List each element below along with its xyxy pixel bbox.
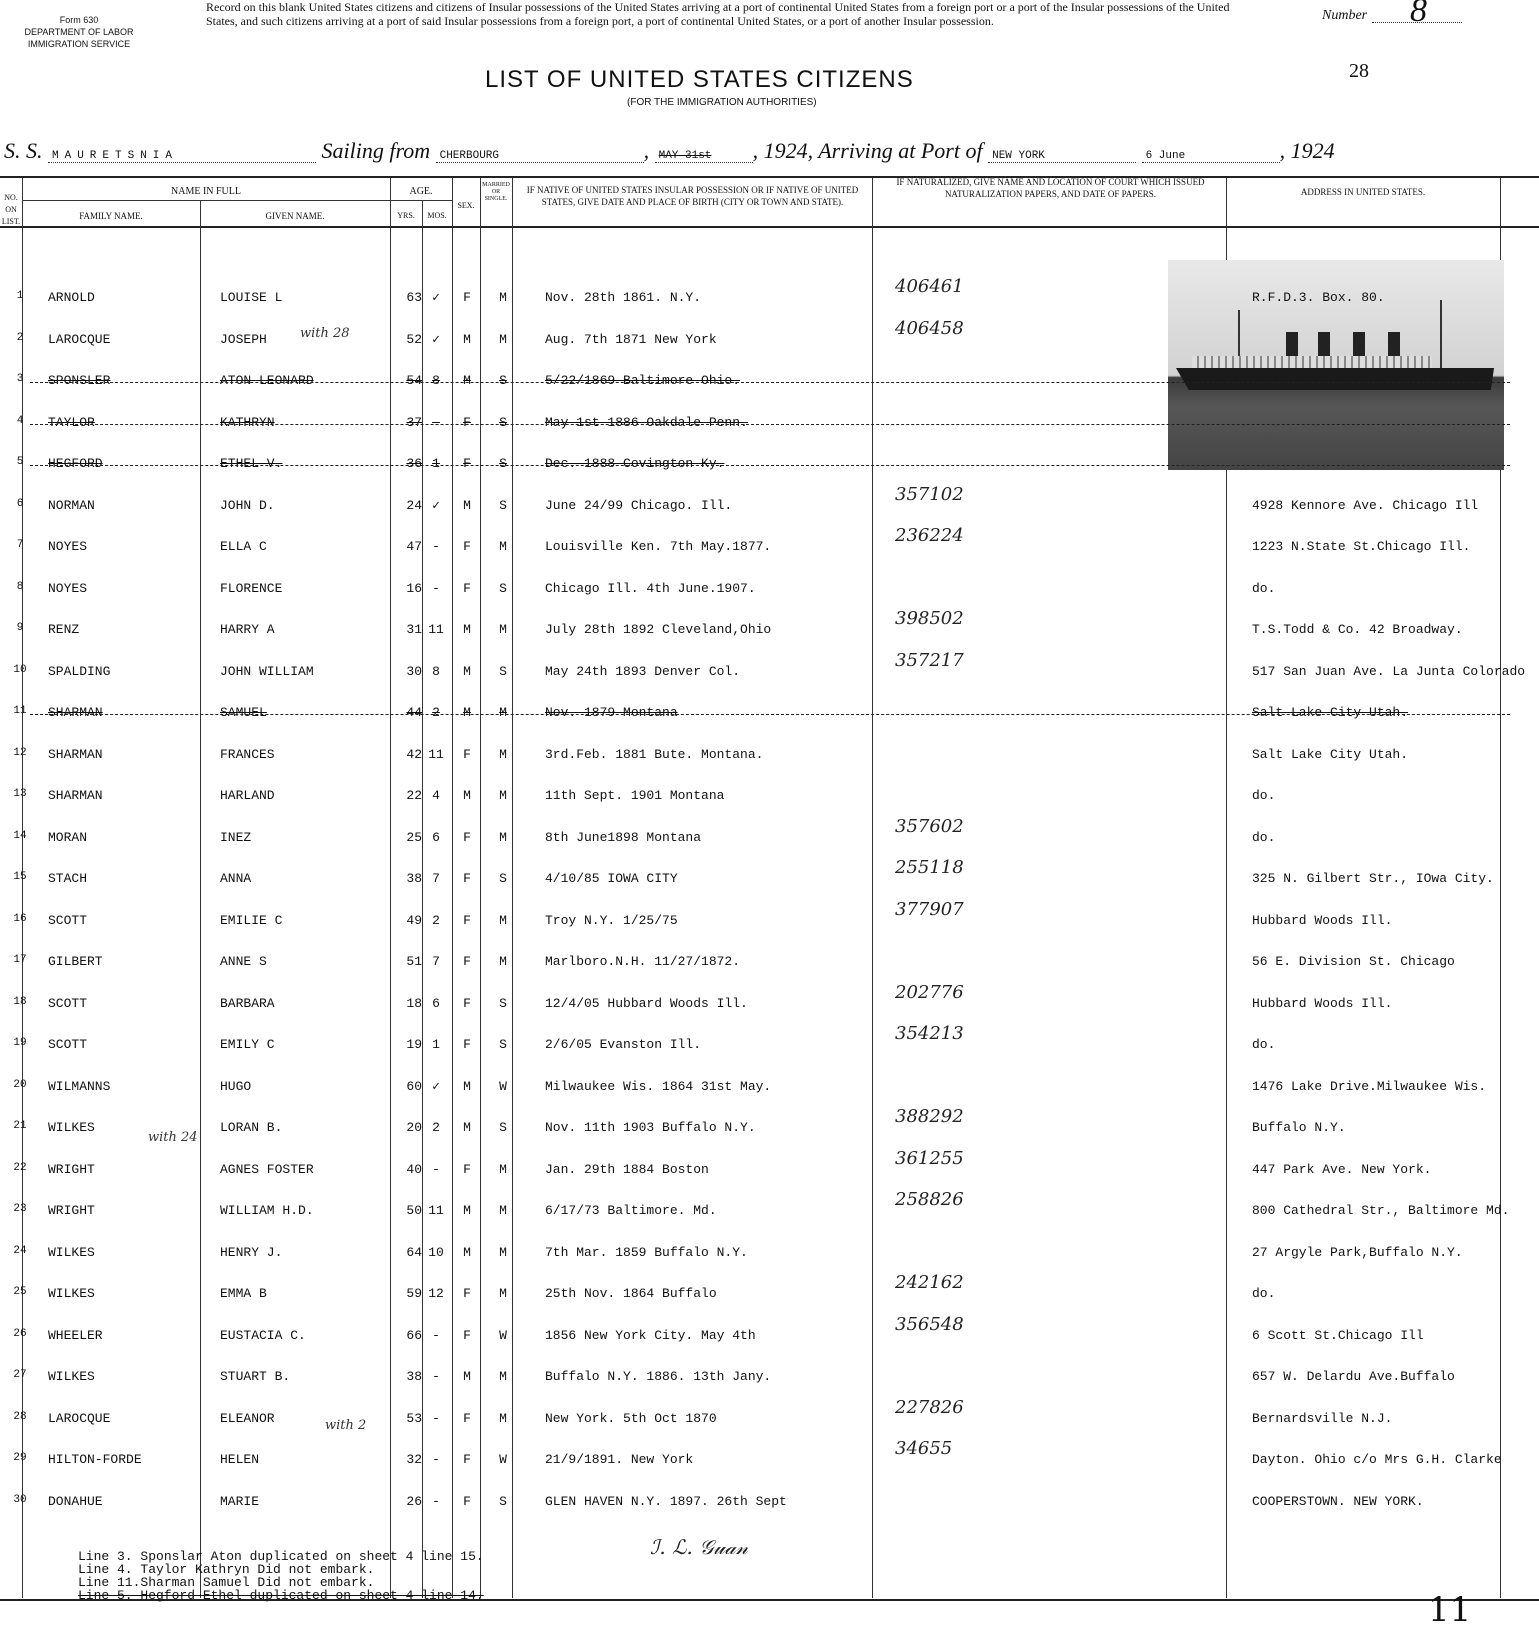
family-name: SCOTT (48, 913, 87, 928)
row-number: 10 (8, 664, 32, 676)
marital-status: M (492, 1203, 514, 1218)
marital-status: M (492, 290, 514, 305)
given-name: JOHN D. (220, 498, 275, 513)
age-months: 1 (424, 456, 448, 471)
age-months: 8 (424, 664, 448, 679)
birth-info: May 24th 1893 Denver Col. (545, 664, 740, 679)
family-name: RENZ (48, 622, 79, 637)
row-number: 5 (8, 456, 32, 468)
birth-info: 1856 New York City. May 4th (545, 1328, 756, 1343)
row-number: 28 (8, 1411, 32, 1423)
row-number: 23 (8, 1203, 32, 1215)
birth-info: 2/6/05 Evanston Ill. (545, 1037, 701, 1052)
table-row: 30DONAHUEMARIE26-FSGLEN HAVEN N.Y. 1897.… (0, 1494, 1539, 1534)
naturalization-number: 255118 (895, 857, 964, 878)
family-name: LAROCQUE (48, 1411, 110, 1426)
col-header-no: No. on List. (0, 192, 22, 228)
birth-info: New York. 5th Oct 1870 (545, 1411, 717, 1426)
birth-info: 7th Mar. 1859 Buffalo N.Y. (545, 1245, 748, 1260)
table-row: 25WILKESEMMA B5912FM25th Nov. 1864 Buffa… (0, 1286, 1539, 1326)
age-months: - (424, 1411, 448, 1426)
given-name: MARIE (220, 1494, 259, 1509)
arrival-date: 6 June (1142, 150, 1280, 163)
col-header-name: Name in Full (22, 186, 390, 198)
col-header-age: Age. (390, 186, 452, 198)
given-name: HARLAND (220, 788, 275, 803)
row-number: 18 (8, 996, 32, 1008)
birth-info: 5/22/1869 Baltimore Ohio. (545, 373, 740, 388)
age-months: 11 (424, 1203, 448, 1218)
address: 1223 N.State St.Chicago Ill. (1252, 539, 1470, 554)
address: 56 E. Division St. Chicago (1252, 954, 1455, 969)
age-years: 64 (394, 1245, 422, 1260)
given-name: HELEN (220, 1452, 259, 1467)
age-years: 51 (394, 954, 422, 969)
naturalization-number: 242162 (895, 1272, 964, 1293)
birth-info: July 28th 1892 Cleveland,Ohio (545, 622, 771, 637)
given-name: FLORENCE (220, 581, 282, 596)
birth-info: Nov. 28th 1861. N.Y. (545, 290, 701, 305)
naturalization-number: 377907 (895, 899, 964, 920)
form-number: Form 630 (4, 14, 154, 26)
given-name: ELEANOR (220, 1411, 275, 1426)
row-number: 2 (8, 332, 32, 344)
table-row: 14MORANINEZ256FM8th June1898 Montana3576… (0, 830, 1539, 870)
marital-status: M (492, 1245, 514, 1260)
sex: F (456, 1328, 478, 1343)
given-name: HENRY J. (220, 1245, 282, 1260)
department-label: DEPARTMENT OF LABOR (4, 26, 154, 38)
handwritten-note: with 2 (325, 1418, 366, 1433)
age-years: 53 (394, 1411, 422, 1426)
given-name: KATHRYN (220, 415, 275, 430)
table-row: 16SCOTTEMILIE C492FMTroy N.Y. 1/25/75377… (0, 913, 1539, 953)
number-label: Number (1322, 8, 1367, 24)
table-row: 2LAROCQUEJOSEPH52✓MMAug. 7th 1871 New Yo… (0, 332, 1539, 372)
given-name: EMMA B (220, 1286, 267, 1301)
age-years: 49 (394, 913, 422, 928)
sex: F (456, 1286, 478, 1301)
given-name: ELLA C (220, 539, 267, 554)
row-number: 7 (8, 539, 32, 551)
row-number: 12 (8, 747, 32, 759)
age-years: 20 (394, 1120, 422, 1135)
age-years: 36 (394, 456, 422, 471)
birth-info: 11th Sept. 1901 Montana (545, 788, 724, 803)
age-years: 37 (394, 415, 422, 430)
age-months: 7 (424, 871, 448, 886)
sex: M (456, 664, 478, 679)
arriving-label: Arriving at Port of (818, 138, 982, 163)
row-number: 4 (8, 415, 32, 427)
address: 6 Scott St.Chicago Ill (1252, 1328, 1424, 1343)
row-number: 15 (8, 871, 32, 883)
strike-line (30, 465, 1510, 466)
family-name: SCOTT (48, 1037, 87, 1052)
birth-info: Nov. 1879 Montana (545, 705, 678, 720)
birth-info: Jan. 29th 1884 Boston (545, 1162, 709, 1177)
row-number: 13 (8, 788, 32, 800)
row-number: 26 (8, 1328, 32, 1340)
strike-line (30, 424, 1510, 425)
birth-info: Chicago Ill. 4th June.1907. (545, 581, 756, 596)
age-months: 2 (424, 705, 448, 720)
form-identifier: Form 630 DEPARTMENT OF LABOR IMMIGRATION… (4, 14, 154, 50)
address: do. (1252, 1037, 1275, 1052)
age-months: 10 (424, 1245, 448, 1260)
age-years: 26 (394, 1494, 422, 1509)
given-name: INEZ (220, 830, 251, 845)
address: Dayton. Ohio c/o Mrs G.H. Clarke (1252, 1452, 1502, 1467)
address: 517 San Juan Ave. La Junta Colorado (1252, 664, 1525, 679)
birth-info: 4/10/85 IOWA CITY (545, 871, 678, 886)
age-years: 63 (394, 290, 422, 305)
sheet-number: 11 (1428, 1590, 1471, 1630)
marital-status: M (492, 705, 514, 720)
naturalization-number: 357217 (895, 650, 964, 671)
col-header-mos: Mos. (422, 210, 452, 222)
family-name: SPONSLER (48, 373, 110, 388)
sex: F (456, 1037, 478, 1052)
address: do. (1252, 1286, 1275, 1301)
marital-status: S (492, 996, 514, 1011)
age-years: 30 (394, 664, 422, 679)
sex: F (456, 581, 478, 596)
table-row: 27WILKESSTUART B.38-MMBuffalo N.Y. 1886.… (0, 1369, 1539, 1409)
departure-date: MAY 31st (655, 150, 753, 163)
table-row: 5HEGFORDETHEL V.361FSDec. 1888 Covington… (0, 456, 1539, 496)
naturalization-number: 354213 (895, 1023, 964, 1044)
page-number: 28 (1349, 60, 1369, 83)
age-months: 7 (424, 954, 448, 969)
age-years: 38 (394, 871, 422, 886)
family-name: WILKES (48, 1245, 95, 1260)
marital-status: M (492, 1162, 514, 1177)
family-name: GILBERT (48, 954, 103, 969)
age-years: 32 (394, 1452, 422, 1467)
birth-info: 21/9/1891. New York (545, 1452, 693, 1467)
marital-status: S (492, 871, 514, 886)
age-months: 11 (424, 622, 448, 637)
age-years: 47 (394, 539, 422, 554)
marital-status: M (492, 1411, 514, 1426)
age-years: 50 (394, 1203, 422, 1218)
birth-info: 6/17/73 Baltimore. Md. (545, 1203, 717, 1218)
naturalization-number: 227826 (895, 1397, 964, 1418)
birth-info: Milwaukee Wis. 1864 31st May. (545, 1079, 771, 1094)
naturalization-number: 34655 (895, 1438, 952, 1459)
table-row: 22WRIGHTAGNES FOSTER40-FMJan. 29th 1884 … (0, 1162, 1539, 1202)
address: 325 N. Gilbert Str., IOwa City. (1252, 871, 1494, 886)
age-years: 59 (394, 1286, 422, 1301)
col-header-family: Family Name. (22, 210, 200, 222)
naturalization-number: 406461 (895, 276, 964, 297)
given-name: LORAN B. (220, 1120, 282, 1135)
voyage-line: S. S. MAURETSNIA Sailing from CHERBOURG,… (4, 138, 1539, 174)
table-row: 9RENZHARRY A3111MMJuly 28th 1892 Clevela… (0, 622, 1539, 662)
age-months: - (424, 1452, 448, 1467)
address: Salt Lake City Utah. (1252, 747, 1408, 762)
age-months: 6 (424, 830, 448, 845)
age-months: ✓ (424, 290, 448, 305)
marital-status: S (492, 1494, 514, 1509)
sex: M (456, 1369, 478, 1384)
table-row: 3SPONSLERATON LEONARD548MS5/22/1869 Balt… (0, 373, 1539, 413)
sex: F (456, 1494, 478, 1509)
sex: F (456, 913, 478, 928)
sex: F (456, 1411, 478, 1426)
marital-status: M (492, 954, 514, 969)
family-name: SPALDING (48, 664, 110, 679)
table-row: 18SCOTTBARBARA186FS12/4/05 Hubbard Woods… (0, 996, 1539, 1036)
row-number: 21 (8, 1120, 32, 1132)
age-months: 1 (424, 1037, 448, 1052)
age-months: ✓ (424, 1079, 448, 1094)
col-header-married-single: Married or Single. (480, 182, 512, 203)
age-months: 11 (424, 747, 448, 762)
marital-status: M (492, 1369, 514, 1384)
handwritten-note: with 28 (300, 326, 350, 341)
row-number: 24 (8, 1245, 32, 1257)
table-row: 21WILKESLORAN B.202MSNov. 11th 1903 Buff… (0, 1120, 1539, 1160)
table-row: 4TAYLORKATHRYN37-FSMay 1st 1886 Oakdale … (0, 415, 1539, 455)
family-name: LAROCQUE (48, 332, 110, 347)
age-years: 66 (394, 1328, 422, 1343)
arrival-port: NEW YORK (988, 150, 1136, 163)
naturalization-number: 356548 (895, 1314, 964, 1335)
row-number: 17 (8, 954, 32, 966)
given-name: HUGO (220, 1079, 251, 1094)
page-title: LIST OF UNITED STATES CITIZENS (485, 66, 914, 94)
table-row: 11SHARMANSAMUEL442MMNov. 1879 MontanaSal… (0, 705, 1539, 745)
address: 447 Park Ave. New York. (1252, 1162, 1431, 1177)
birth-info: Buffalo N.Y. 1886. 13th Jany. (545, 1369, 771, 1384)
address: 4928 Kennore Ave. Chicago Ill (1252, 498, 1478, 513)
marital-status: S (492, 1037, 514, 1052)
naturalization-number: 398502 (895, 608, 964, 629)
address: R.F.D.3. Box. 80. (1252, 290, 1385, 305)
sex: F (456, 456, 478, 471)
sex: M (456, 1120, 478, 1135)
row-number: 22 (8, 1162, 32, 1174)
family-name: WILMANNS (48, 1079, 110, 1094)
birth-info: Troy N.Y. 1/25/75 (545, 913, 678, 928)
table-row: 6NORMANJOHN D.24✓MSJune 24/99 Chicago. I… (0, 498, 1539, 538)
family-name: NOYES (48, 581, 87, 596)
naturalization-number: 357102 (895, 484, 964, 505)
service-label: IMMIGRATION SERVICE (4, 38, 154, 50)
table-row: 20WILMANNSHUGO60✓MWMilwaukee Wis. 1864 3… (0, 1079, 1539, 1119)
table-row: 7NOYESELLA C47-FMLouisville Ken. 7th May… (0, 539, 1539, 579)
birth-info: Nov. 11th 1903 Buffalo N.Y. (545, 1120, 756, 1135)
sex: M (456, 788, 478, 803)
age-years: 25 (394, 830, 422, 845)
row-number: 20 (8, 1079, 32, 1091)
arrival-year: 1924 (1291, 138, 1335, 163)
row-number: 30 (8, 1494, 32, 1506)
col-header-birth: If native of United States insular posse… (520, 184, 865, 208)
age-years: 54 (394, 373, 422, 388)
given-name: HARRY A (220, 622, 275, 637)
signature: ℐ. ℒ. 𝒢𝓊𝒶𝓃 (650, 1535, 748, 1559)
age-months: ✓ (424, 332, 448, 347)
address: 800 Cathedral Str., Baltimore Md. (1252, 1203, 1509, 1218)
given-name: SAMUEL (220, 705, 267, 720)
birth-info: Marlboro.N.H. 11/27/1872. (545, 954, 740, 969)
sex: F (456, 290, 478, 305)
table-row: 24WILKESHENRY J.6410MM7th Mar. 1859 Buff… (0, 1245, 1539, 1285)
col-header-naturalized: If naturalized, give name and location o… (878, 176, 1223, 200)
row-number: 16 (8, 913, 32, 925)
sex: M (456, 622, 478, 637)
family-name: WILKES (48, 1120, 95, 1135)
sex: M (456, 705, 478, 720)
strike-line (30, 714, 1510, 715)
age-years: 18 (394, 996, 422, 1011)
age-months: 8 (424, 373, 448, 388)
sex: M (456, 1079, 478, 1094)
table-row: 17GILBERTANNE S517FMMarlboro.N.H. 11/27/… (0, 954, 1539, 994)
col-header-yrs: Yrs. (390, 210, 422, 222)
sex: M (456, 498, 478, 513)
age-years: 38 (394, 1369, 422, 1384)
given-name: WILLIAM H.D. (220, 1203, 314, 1218)
naturalization-number: 236224 (895, 525, 964, 546)
sex: F (456, 871, 478, 886)
table-row: 12SHARMANFRANCES4211FM3rd.Feb. 1881 Bute… (0, 747, 1539, 787)
table-top-rule (0, 176, 1539, 178)
birth-info: 25th Nov. 1864 Buffalo (545, 1286, 717, 1301)
sex: F (456, 539, 478, 554)
marital-status: S (492, 415, 514, 430)
age-years: 19 (394, 1037, 422, 1052)
address: 27 Argyle Park,Buffalo N.Y. (1252, 1245, 1463, 1260)
family-name: ARNOLD (48, 290, 95, 305)
family-name: SHARMAN (48, 788, 103, 803)
table-row: 29HILTON-FORDEHELEN32-FW21/9/1891. New Y… (0, 1452, 1539, 1492)
age-months: - (424, 1494, 448, 1509)
birth-info: Dec. 1888 Covington Ky. (545, 456, 724, 471)
strike-line (30, 382, 1510, 383)
row-number: 11 (8, 705, 32, 717)
age-months: 12 (424, 1286, 448, 1301)
family-name: STACH (48, 871, 87, 886)
marital-status: S (492, 373, 514, 388)
sex: F (456, 954, 478, 969)
birth-info: 8th June1898 Montana (545, 830, 701, 845)
address: Buffalo N.Y. (1252, 1120, 1346, 1135)
page-subtitle: (FOR THE IMMIGRATION AUTHORITIES) (627, 97, 817, 108)
address: COOPERSTOWN. NEW YORK. (1252, 1494, 1424, 1509)
footnotes: Line 3. Sponslar Aton duplicated on shee… (78, 1550, 484, 1602)
sex: M (456, 373, 478, 388)
family-name: SHARMAN (48, 705, 103, 720)
row-number: 9 (8, 622, 32, 634)
age-months: 2 (424, 913, 448, 928)
sex: F (456, 996, 478, 1011)
age-months: 4 (424, 788, 448, 803)
sex: F (456, 1452, 478, 1467)
age-years: 60 (394, 1079, 422, 1094)
address: do. (1252, 830, 1275, 845)
marital-status: M (492, 913, 514, 928)
row-number: 1 (8, 290, 32, 302)
footnote: Line 5. Hegford Ethel duplicated on shee… (78, 1589, 484, 1602)
age-months: 2 (424, 1120, 448, 1135)
age-years: 31 (394, 622, 422, 637)
table-row: 19SCOTTEMILY C191FS2/6/05 Evanston Ill.3… (0, 1037, 1539, 1077)
marital-status: S (492, 1120, 514, 1135)
table-row: 1ARNOLDLOUISE L63✓FMNov. 28th 1861. N.Y.… (0, 290, 1539, 330)
family-name: WRIGHT (48, 1203, 95, 1218)
address: Hubbard Woods Ill. (1252, 913, 1392, 928)
address: Bernardsville N.J. (1252, 1411, 1392, 1426)
age-months: - (424, 539, 448, 554)
marital-status: S (492, 581, 514, 596)
marital-status: S (492, 664, 514, 679)
sex: M (456, 1203, 478, 1218)
birth-info: Aug. 7th 1871 New York (545, 332, 717, 347)
given-name: JOHN WILLIAM (220, 664, 314, 679)
given-name: EUSTACIA C. (220, 1328, 306, 1343)
given-name: AGNES FOSTER (220, 1162, 314, 1177)
table-row: 28LAROCQUEELEANOR53-FMNew York. 5th Oct … (0, 1411, 1539, 1451)
address: 657 W. Delardu Ave.Buffalo (1252, 1369, 1455, 1384)
row-number: 19 (8, 1037, 32, 1049)
header-bottom-rule (0, 226, 1539, 228)
age-years: 42 (394, 747, 422, 762)
age-years: 24 (394, 498, 422, 513)
table-row: 23WRIGHTWILLIAM H.D.5011MM6/17/73 Baltim… (0, 1203, 1539, 1243)
family-name: WILKES (48, 1369, 95, 1384)
instructions-text: Record on this blank United States citiz… (206, 0, 1256, 28)
col-header-address: Address in United States. (1226, 186, 1500, 198)
given-name: LOUISE L (220, 290, 282, 305)
marital-status: M (492, 830, 514, 845)
family-name: HEGFORD (48, 456, 103, 471)
naturalization-number: 258826 (895, 1189, 964, 1210)
marital-status: W (492, 1079, 514, 1094)
table-row: 10SPALDINGJOHN WILLIAM308MSMay 24th 1893… (0, 664, 1539, 704)
family-name: DONAHUE (48, 1494, 103, 1509)
age-months: - (424, 581, 448, 596)
birth-info: GLEN HAVEN N.Y. 1897. 26th Sept (545, 1494, 787, 1509)
ship-name: MAURETSNIA (48, 150, 316, 163)
family-name: NORMAN (48, 498, 95, 513)
age-months: - (424, 1162, 448, 1177)
naturalization-number: 361255 (895, 1148, 964, 1169)
birth-info: 3rd.Feb. 1881 Bute. Montana. (545, 747, 763, 762)
age-months: - (424, 1369, 448, 1384)
marital-status: M (492, 332, 514, 347)
marital-status: S (492, 498, 514, 513)
number-value: 8 (1410, 0, 1427, 30)
row-number: 25 (8, 1286, 32, 1298)
table-row: 13SHARMANHARLAND224MM11th Sept. 1901 Mon… (0, 788, 1539, 828)
family-name: WILKES (48, 1286, 95, 1301)
sex: F (456, 830, 478, 845)
sailing-from-label: Sailing from (322, 138, 431, 163)
marital-status: M (492, 1286, 514, 1301)
family-name: SCOTT (48, 996, 87, 1011)
age-years: 22 (394, 788, 422, 803)
given-name: JOSEPH (220, 332, 267, 347)
age-months: ✓ (424, 498, 448, 513)
given-name: EMILIE C (220, 913, 282, 928)
birth-info: Louisville Ken. 7th May.1877. (545, 539, 771, 554)
address: do. (1252, 581, 1275, 596)
sex: M (456, 1245, 478, 1260)
